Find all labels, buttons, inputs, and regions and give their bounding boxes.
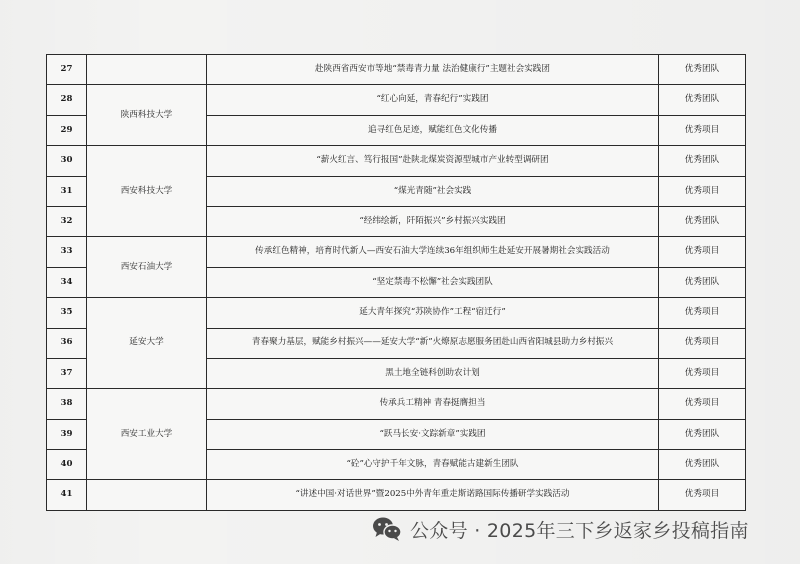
project-name: 黑土地全链科创助农计划 (207, 358, 659, 388)
table-row: 30 西安科技大学 “薪火红言、笃行报国”赴陕北煤炭资源型城市产业转型调研团 优… (47, 146, 746, 176)
award-level: 优秀项目 (659, 176, 746, 206)
project-name: “砼”心守护千年文脉，青春赋能古建新生团队 (207, 450, 659, 480)
row-number: 30 (47, 146, 87, 176)
row-number: 31 (47, 176, 87, 206)
row-number: 38 (47, 389, 87, 419)
award-level: 优秀项目 (659, 115, 746, 145)
award-level: 优秀团队 (659, 450, 746, 480)
row-number: 36 (47, 328, 87, 358)
award-level: 优秀团队 (659, 419, 746, 449)
school-cell: 延安大学 (87, 298, 207, 389)
row-number: 39 (47, 419, 87, 449)
row-number: 27 (47, 55, 87, 85)
row-number: 28 (47, 85, 87, 115)
award-level: 优秀项目 (659, 480, 746, 510)
school-cell: 西安科技大学 (87, 146, 207, 237)
row-number: 29 (47, 115, 87, 145)
award-level: 优秀项目 (659, 328, 746, 358)
row-number: 33 (47, 237, 87, 267)
school-cell: 西安工业大学 (87, 389, 207, 480)
row-number: 34 (47, 267, 87, 297)
award-level: 优秀项目 (659, 298, 746, 328)
row-number: 40 (47, 450, 87, 480)
project-name: “煤光青随”社会实践 (207, 176, 659, 206)
award-level: 优秀团队 (659, 85, 746, 115)
project-name: 传承兵工精神 青春挺膺担当 (207, 389, 659, 419)
school-cell (87, 480, 207, 510)
project-name: “薪火红言、笃行报国”赴陕北煤炭资源型城市产业转型调研团 (207, 146, 659, 176)
wechat-icon (372, 516, 402, 542)
project-name: “红心向延，青春纪行”实践团 (207, 85, 659, 115)
project-name: 青春聚力基层，赋能乡村振兴——延安大学“新”火燎原志愿服务团赴山西省阳城县助力乡… (207, 328, 659, 358)
project-name: 赴陕西省西安市等地“禁毒青力量 法治健康行”主题社会实践团 (207, 55, 659, 85)
award-level: 优秀团队 (659, 206, 746, 236)
table-row: 33 西安石油大学 传承红色精神，培育时代新人—西安石油大学连续36年组织师生赴… (47, 237, 746, 267)
table-row: 28 陕西科技大学 “红心向延，青春纪行”实践团 优秀团队 (47, 85, 746, 115)
watermark-text: 公众号 · 2025年三下乡返家乡投稿指南 (410, 516, 749, 543)
school-cell: 陕西科技大学 (87, 85, 207, 146)
award-level: 优秀团队 (659, 267, 746, 297)
wechat-watermark: 公众号 · 2025年三下乡返家乡投稿指南 (372, 514, 749, 544)
project-name: 延大青年探究“苏陕协作”工程“宿迁行” (207, 298, 659, 328)
row-number: 32 (47, 206, 87, 236)
project-name: “经纬绘新，阡陌振兴”乡村振兴实践团 (207, 206, 659, 236)
school-cell: 西安石油大学 (87, 237, 207, 298)
table-row: 41 “讲述中国·对话世界”暨2025中外青年重走斯诺路国际传播研学实践活动 优… (47, 480, 746, 510)
award-level: 优秀项目 (659, 358, 746, 388)
table-row: 38 西安工业大学 传承兵工精神 青春挺膺担当 优秀项目 (47, 389, 746, 419)
row-number: 37 (47, 358, 87, 388)
award-level: 优秀项目 (659, 389, 746, 419)
table-row: 35 延安大学 延大青年探究“苏陕协作”工程“宿迁行” 优秀项目 (47, 298, 746, 328)
award-level: 优秀团队 (659, 55, 746, 85)
school-cell (87, 55, 207, 85)
award-level: 优秀项目 (659, 237, 746, 267)
row-number: 41 (47, 480, 87, 510)
award-level: 优秀团队 (659, 146, 746, 176)
project-name: 追寻红色足迹，赋能红色文化传播 (207, 115, 659, 145)
project-name: 传承红色精神，培育时代新人—西安石油大学连续36年组织师生赴延安开展暑期社会实践… (207, 237, 659, 267)
row-number: 35 (47, 298, 87, 328)
project-name: “坚定禁毒不松懈”社会实践团队 (207, 267, 659, 297)
project-name: “跃马长安·文踪新章”实践团 (207, 419, 659, 449)
project-name: “讲述中国·对话世界”暨2025中外青年重走斯诺路国际传播研学实践活动 (207, 480, 659, 510)
table-row: 27 赴陕西省西安市等地“禁毒青力量 法治健康行”主题社会实践团 优秀团队 (47, 55, 746, 85)
awards-table: 27 赴陕西省西安市等地“禁毒青力量 法治健康行”主题社会实践团 优秀团队 28… (46, 54, 746, 511)
